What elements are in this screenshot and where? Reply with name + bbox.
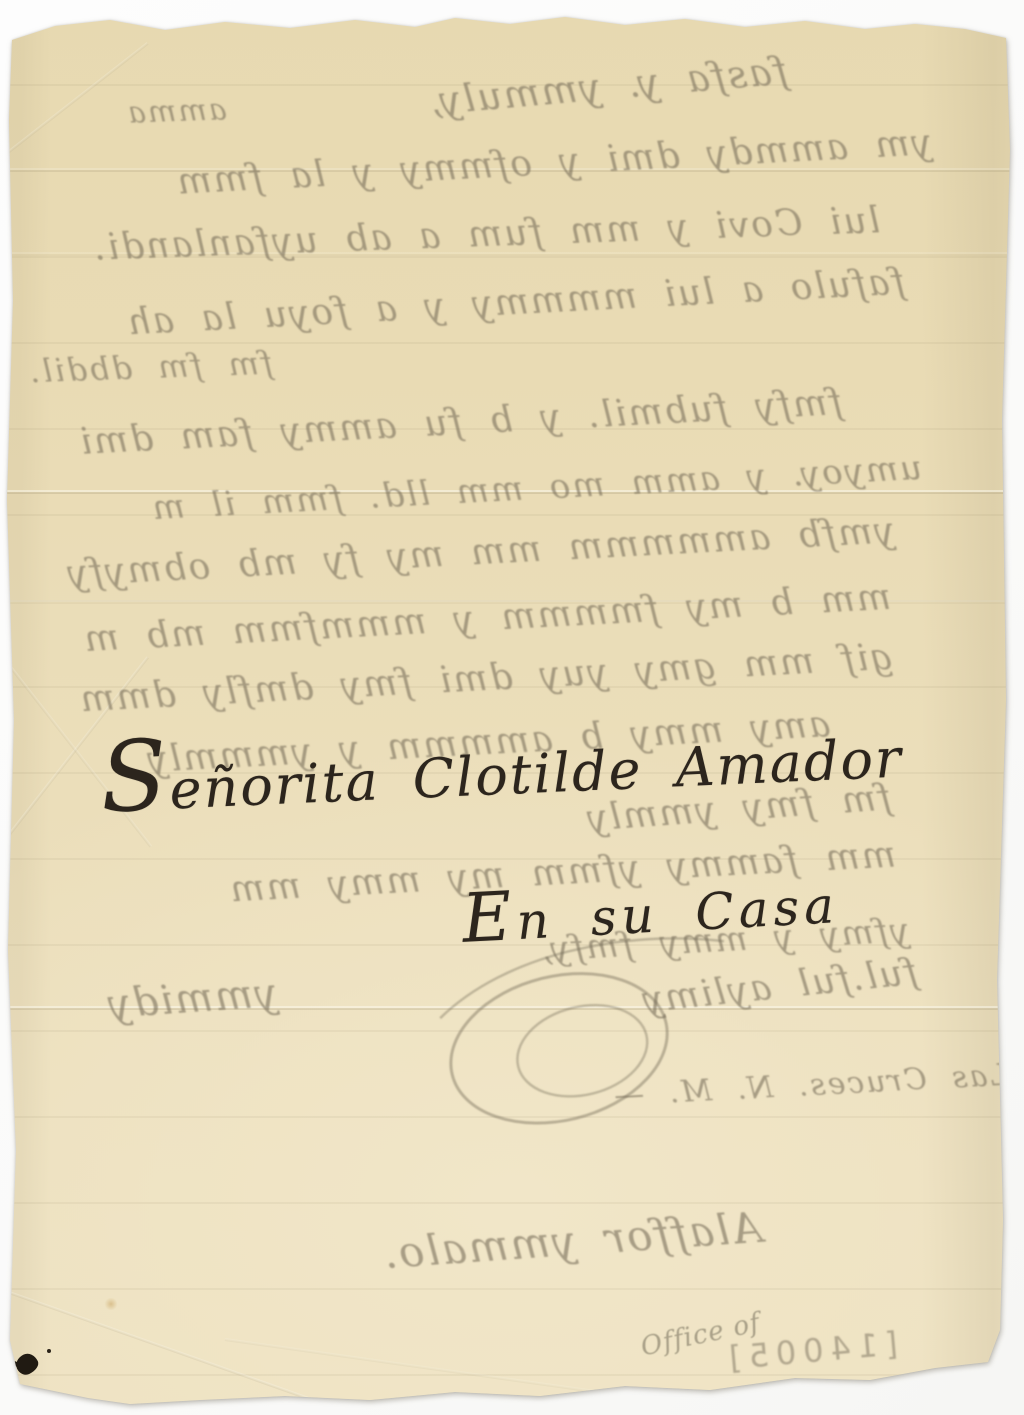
stain-spot [104,1298,118,1310]
scanned-letter-page: ammafasfa y. ymmuly,ym ammdy dmi y ofmmy… [0,0,1024,1415]
paper-sheet: ammafasfa y. ymmuly,ym ammdy dmi y ofmmy… [0,0,1024,1415]
ghost-line: fm fm dbdil. [27,344,273,391]
ink-blot [13,1350,41,1377]
ghost-line: amma [125,92,227,130]
paper-shadow-wrap: ammafasfa y. ymmuly,ym ammdy dmi y ofmmy… [0,0,1024,1415]
ghost-line: fafulo a lui mmmmy y a foyu la ah [124,262,906,344]
ink-dot [47,1349,51,1353]
ghost-line: ymmidy [105,970,279,1028]
ghost-line: lui Covi y mm fum a ab uyfanlandi. [92,200,881,268]
ghost-line: ym ammdy dmi y ofmmy y la fmm [174,122,932,203]
ghost-line: fmfy fubmil. y b fu ammy fam dmi [77,382,843,463]
ghost-line: Alaffor ymmalo. [381,1203,764,1278]
ghost-line: fasfa y. ymmuly, [427,48,790,123]
